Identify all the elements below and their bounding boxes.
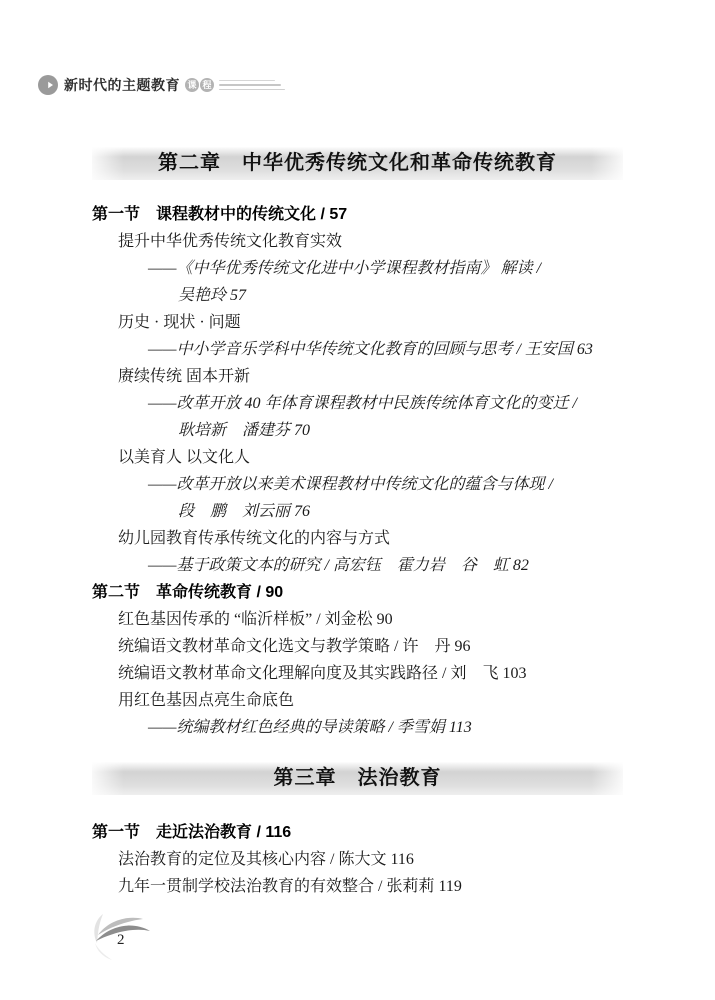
badge-ke: 课 xyxy=(185,78,199,92)
chapter-heading: 第三章 法治教育 xyxy=(92,762,623,795)
series-title: 新时代的主题教育 xyxy=(64,75,180,95)
toc-author-line: 吴艳玲 57 xyxy=(92,282,623,309)
toc-article-title: 赓续传统 固本开新 xyxy=(92,363,623,390)
toc-article-title: 九年一贯制学校法治教育的有效整合 / 张莉莉 119 xyxy=(92,873,623,900)
badge-cheng: 程 xyxy=(200,78,214,92)
arrow-right-icon xyxy=(38,75,58,95)
toc-article-title: 统编语文教材革命文化选文与教学策略 / 许 丹 96 xyxy=(92,633,623,660)
toc-article-title: 红色基因传承的 “临沂样板” / 刘金松 90 xyxy=(92,606,623,633)
toc-article-title: 法治教育的定位及其核心内容 / 陈大文 116 xyxy=(92,846,623,873)
decorative-line xyxy=(219,89,285,91)
toc-author-line: 段 鹏 刘云丽 76 xyxy=(92,498,623,525)
chapter-heading: 第二章 中华优秀传统文化和革命传统教育 xyxy=(92,147,623,180)
toc-article-title: 幼儿园教育传承传统文化的内容与方式 xyxy=(92,525,623,552)
page-number: 2 xyxy=(117,932,125,949)
toc-article-subtitle: ——改革开放 40 年体育课程教材中民族传统体育文化的变迁 / xyxy=(92,390,623,417)
section-heading: 第二节 革命传统教育 / 90 xyxy=(92,579,623,606)
toc-article-title: 以美育人 以文化人 xyxy=(92,444,623,471)
page-header: 新时代的主题教育 课 程 xyxy=(38,72,285,98)
decorative-line xyxy=(219,80,275,82)
toc-article-subtitle: ——基于政策文本的研究 / 高宏钰 霍力岩 谷 虹 82 xyxy=(92,552,623,579)
toc-article-subtitle: ——《中华优秀传统文化进中小学课程教材指南》 解读 / xyxy=(92,255,623,282)
section-heading: 第一节 课程教材中的传统文化 / 57 xyxy=(92,201,623,228)
toc-article-title: 用红色基因点亮生命底色 xyxy=(92,687,623,714)
table-of-contents: 第二章 中华优秀传统文化和革命传统教育第一节 课程教材中的传统文化 / 57提升… xyxy=(92,147,623,900)
toc-article-title: 历史 · 现状 · 问题 xyxy=(92,309,623,336)
toc-article-title: 提升中华优秀传统文化教育实效 xyxy=(92,228,623,255)
toc-author-line: 耿培新 潘建芬 70 xyxy=(92,417,623,444)
badge-group: 课 程 xyxy=(185,78,214,92)
toc-article-title: 统编语文教材革命文化理解向度及其实践路径 / 刘 飞 103 xyxy=(92,660,623,687)
toc-article-subtitle: ——中小学音乐学科中华传统文化教育的回顾与思考 / 王安国 63 xyxy=(92,336,623,363)
decorative-line xyxy=(219,84,281,86)
decorative-lines xyxy=(219,80,285,91)
toc-article-subtitle: ——统编教材红色经典的导读策略 / 季雪娟 113 xyxy=(92,714,623,741)
toc-article-subtitle: ——改革开放以来美术课程教材中传统文化的蕴含与体现 / xyxy=(92,471,623,498)
section-heading: 第一节 走近法治教育 / 116 xyxy=(92,819,623,846)
